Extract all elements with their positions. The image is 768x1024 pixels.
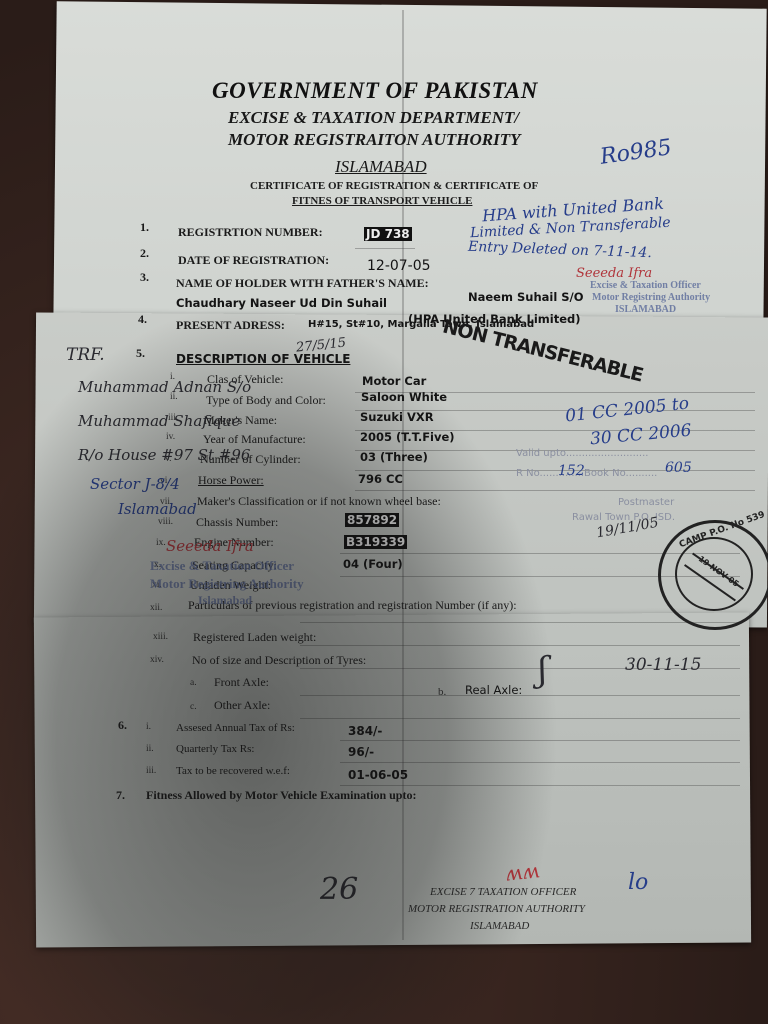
field-number: 1. <box>140 220 149 235</box>
year-of-manufacture-value: 2005 (T.T.Five) <box>360 430 455 444</box>
field-number: 4. <box>138 312 147 327</box>
tyres-description-label: No of size and Description of Tyres: <box>192 653 366 668</box>
footer-line: EXCISE 7 TAXATION OFFICER <box>430 886 576 898</box>
present-address-label: PRESENT ADRESS: <box>176 318 285 333</box>
handwritten-transfer-mark: TRF. <box>66 345 105 365</box>
certificate-line-2: FITNES OF TRANSPORT VEHICLE <box>292 195 472 207</box>
postmaster-stamp-title: Postmaster <box>618 497 674 508</box>
handwritten-footer-initial: lo <box>628 870 648 895</box>
maker-name-value: Suzuki VXR <box>360 410 434 424</box>
item-numeral: xii. <box>150 603 162 613</box>
handwritten-red-initials-mid: Seeeda Ifra <box>166 537 254 555</box>
section-number: 7. <box>116 788 125 803</box>
date-of-registration-label: DATE OF REGISTRATION: <box>178 253 329 268</box>
stamp-line: ISLAMABAD <box>615 304 676 315</box>
item-numeral: xiii. <box>153 632 168 642</box>
holder-father-name: Chaudhary Naseer Ud Din Suhail <box>176 296 387 310</box>
handwritten-red-initials-top: Seeeda Ifra <box>576 266 652 281</box>
item-numeral: iv. <box>166 432 175 442</box>
horse-power-label: Horse Power: <box>198 473 264 488</box>
item-numeral: iii. <box>146 766 156 776</box>
annual-tax-label: Assesed Annual Tax of Rs: <box>176 722 295 734</box>
item-numeral: viii. <box>158 517 173 527</box>
date-of-registration-value: 12-07-05 <box>367 258 431 274</box>
section-number: 5. <box>136 346 145 361</box>
field-number: 2. <box>140 246 149 261</box>
engine-number-value: B319339 <box>344 535 407 549</box>
item-letter: c. <box>190 702 197 712</box>
front-axle-label: Front Axle: <box>214 675 269 690</box>
seating-capacity-value: 04 (Four) <box>343 557 403 571</box>
quarterly-tax-value: 96/- <box>348 745 374 759</box>
item-letter: b. <box>438 686 446 698</box>
stamp-line: Motor Registring Authority <box>150 576 304 592</box>
item-letter: a. <box>190 678 197 688</box>
annual-tax-value: 384/- <box>348 724 382 738</box>
item-numeral: ix. <box>156 538 166 548</box>
description-heading: DESCRIPTION OF VEHICLE <box>176 352 350 366</box>
section-number: 6. <box>118 718 127 733</box>
item-numeral: ii. <box>146 744 154 754</box>
maker-classification-label: Maker's Classification or if not known w… <box>197 494 441 509</box>
chassis-number-value: 857892 <box>345 513 399 527</box>
cylinder-count-value: 03 (Three) <box>360 450 428 464</box>
handwritten-officer-signature: ʍʍ <box>504 858 541 885</box>
other-axle-label: Other Axle: <box>214 698 270 713</box>
handwritten-book-number: 605 <box>665 460 692 476</box>
fitness-label: Fitness Allowed by Motor Vehicle Examina… <box>146 788 416 803</box>
footer-line: ISLAMABAD <box>470 920 529 932</box>
handwritten-new-owner-father: Muhammad Shafique <box>78 412 240 430</box>
vehicle-class-value: Motor Car <box>362 374 426 388</box>
field-number: 3. <box>140 270 149 285</box>
city-heading: ISLAMABAD <box>335 157 427 177</box>
camp-post-office-stamp: CAMP P.O. No 539 19 NOV 05 <box>658 520 768 630</box>
handwritten-rear-date: 30-11-15 <box>625 655 701 675</box>
handwritten-receipt-number: 152 <box>558 463 585 479</box>
stamp-line: Excise & Taxation Officer <box>150 558 294 574</box>
document-title: GOVERNMENT OF PAKISTAN <box>212 78 538 104</box>
year-of-manufacture-label: Year of Manufacture: <box>203 432 306 447</box>
registration-number-label: REGISTRTION NUMBER: <box>178 225 323 240</box>
certificate-line-1: CERTIFICATE OF REGISTRATION & CERTIFICAT… <box>250 180 538 192</box>
holder-name-value: Naeem Suhail S/O <box>468 290 584 304</box>
valid-upto-stamp: Valid upto.......................... <box>516 448 648 459</box>
chassis-number-label: Chassis Number: <box>196 515 278 530</box>
stamp-line: Motor Registring Authority <box>592 292 710 303</box>
handwritten-new-owner-city: Islamabad <box>118 500 197 518</box>
laden-weight-label: Registered Laden weight: <box>193 630 316 645</box>
horse-power-value: 796 CC <box>358 472 403 486</box>
handwritten-new-owner-address: R/o House #97 St #96 <box>78 446 250 464</box>
tax-recovery-label: Tax to be recovered w.e.f: <box>176 765 290 777</box>
quarterly-tax-label: Quarterly Tax Rs: <box>176 743 254 755</box>
handwritten-footer-number: 26 <box>320 872 358 907</box>
footer-line: MOTOR REGISTRATION AUTHORITY <box>408 903 585 915</box>
receipt-number-stamp: R No..............Book No.......... <box>516 468 657 479</box>
holder-name-label: NAME OF HOLDER WITH FATHER'S NAME: <box>176 276 429 291</box>
handwritten-new-owner-name: Muhammad Adnan S/o <box>78 378 251 396</box>
item-numeral: xiv. <box>150 655 164 665</box>
stamp-line: Islamabad <box>198 593 252 608</box>
stamp-line: Excise & Taxation Officer <box>590 280 701 291</box>
department-line-2: MOTOR REGISTRAITON AUTHORITY <box>228 130 521 150</box>
tax-recovery-value: 01-06-05 <box>348 768 408 782</box>
handwritten-new-owner-sector: Sector J-8/4 <box>90 475 180 493</box>
department-line-1: EXCISE & TAXATION DEPARTMENT/ <box>228 108 519 128</box>
registration-number-value: JD 738 <box>364 227 412 241</box>
item-numeral: i. <box>146 722 151 732</box>
